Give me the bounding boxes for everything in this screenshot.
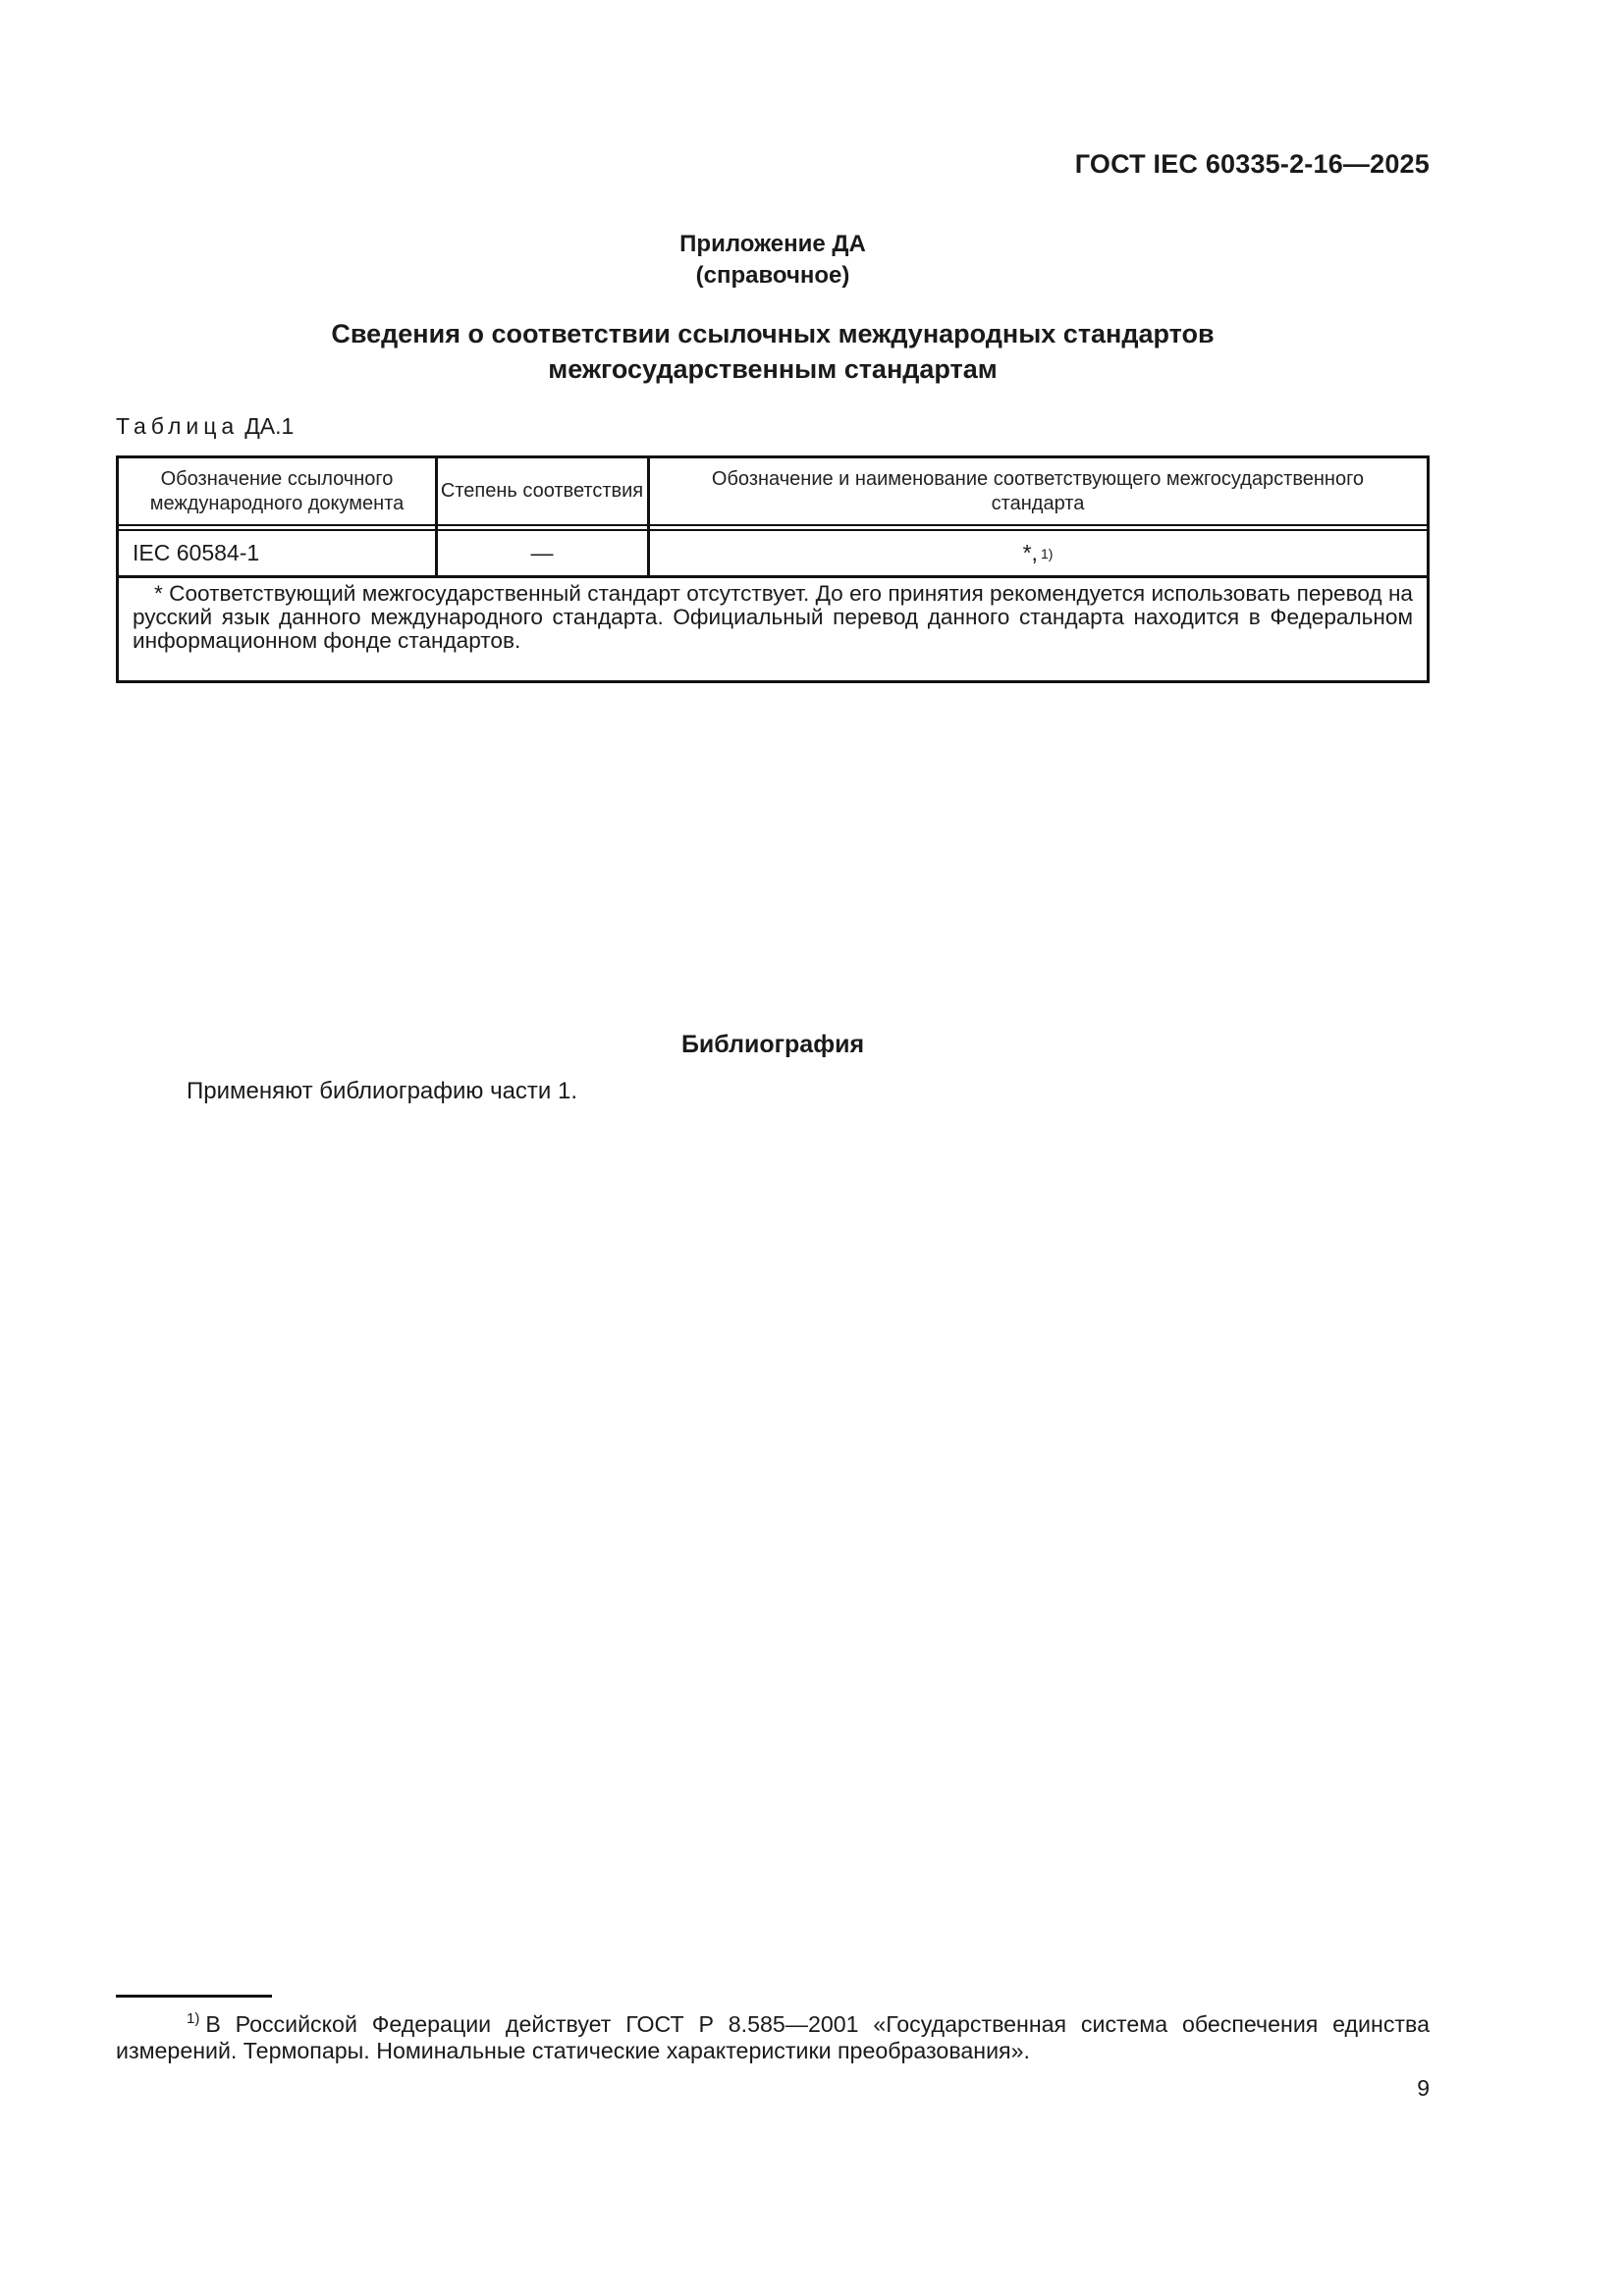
bibliography-text: Применяют библиографию части 1. xyxy=(187,1078,577,1105)
page-number: 9 xyxy=(1417,2075,1430,2102)
footnote: 1)В Российской Федерации действует ГОСТ … xyxy=(116,2005,1430,2064)
table-caption-word: Таблица xyxy=(116,413,239,439)
appendix-heading: Приложение ДА (справочное) xyxy=(116,229,1430,292)
cell-interstate-standard-value: *, xyxy=(1023,540,1038,566)
cell-reference: IEC 60584-1 xyxy=(133,531,427,575)
footnote-reference: 1) xyxy=(1041,546,1053,561)
row-divider xyxy=(119,575,1427,578)
table-caption: ТаблицаДА.1 xyxy=(116,413,294,440)
bibliography-title: Библиография xyxy=(116,1031,1430,1059)
footnote-marker: 1) xyxy=(187,2010,199,2027)
cell-interstate-standard: *,1) xyxy=(649,531,1427,575)
document-code-header: ГОСТ IEC 60335-2-16—2025 xyxy=(1075,149,1430,180)
appendix-type: (справочное) xyxy=(116,260,1430,292)
appendix-title: Приложение ДА xyxy=(116,229,1430,260)
section-heading: Сведения о соответствии ссылочных междун… xyxy=(116,316,1430,387)
footnote-text: В Российской Федерации действует ГОСТ Р … xyxy=(116,2011,1430,2063)
table-note-text: * Соответствующий межгосударственный ста… xyxy=(133,582,1413,653)
cell-degree: — xyxy=(437,531,647,575)
correspondence-table: Обозначение ссылочного международного до… xyxy=(116,455,1430,683)
header-divider xyxy=(119,524,1427,526)
table-caption-number: ДА.1 xyxy=(244,413,294,439)
column-header-reference: Обозначение ссылочного международного до… xyxy=(119,458,435,524)
section-title-line2: межгосударственным стандартам xyxy=(116,351,1430,387)
column-header-degree: Степень соответствия xyxy=(437,458,647,524)
table-note: * Соответствующий межгосударственный ста… xyxy=(133,582,1413,653)
section-title-line1: Сведения о соответствии ссылочных междун… xyxy=(116,316,1430,351)
footnote-separator xyxy=(116,1995,272,1998)
column-header-interstate-standard: Обозначение и наименование соответствующ… xyxy=(649,458,1427,524)
